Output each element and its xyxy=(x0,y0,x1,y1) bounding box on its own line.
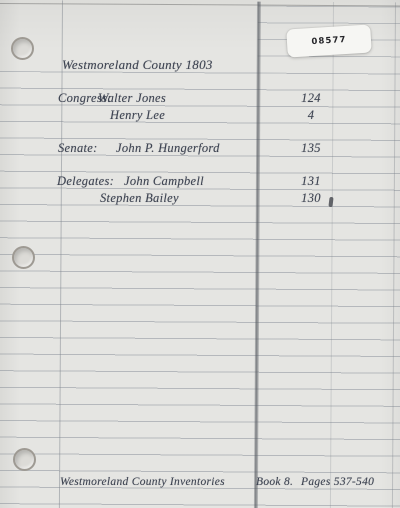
vote-count: 4 xyxy=(292,108,330,123)
left-margin-line xyxy=(59,0,63,508)
candidate-name: John Campbell xyxy=(124,174,204,189)
sheet-top-edge xyxy=(0,3,400,6)
record-row: Senate: John P. Hungerford 135 xyxy=(0,141,400,158)
catalog-number-sticker: 08577 xyxy=(286,24,372,57)
catalog-number: 08577 xyxy=(311,35,347,47)
candidate-name: Henry Lee xyxy=(110,108,165,123)
ruled-lines xyxy=(0,71,400,508)
record-row: Congress: Walter Jones 124 xyxy=(0,91,400,108)
book-reference: Book 8. xyxy=(256,476,293,488)
vote-count: 131 xyxy=(292,174,330,189)
office-label: Senate: xyxy=(58,141,98,156)
column-divider-line xyxy=(254,2,261,508)
source-citation-row: Westmoreland County Inventories Book 8. … xyxy=(0,476,400,493)
vote-count: 130 xyxy=(292,191,330,206)
candidate-name: Walter Jones xyxy=(98,91,166,106)
office-label: Delegates: xyxy=(57,174,114,189)
scanned-ledger-page: 08577 Westmoreland County 1803 Congress:… xyxy=(0,0,400,508)
vote-count: 124 xyxy=(292,91,330,106)
page-reference: Pages 537-540 xyxy=(301,476,374,488)
source-citation: Westmoreland County Inventories xyxy=(60,476,225,488)
candidate-name: Stephen Bailey xyxy=(100,191,179,206)
secondary-column-line xyxy=(330,2,334,508)
record-row: Henry Lee 4 xyxy=(0,108,400,125)
page-title: Westmoreland County 1803 xyxy=(62,57,213,73)
vote-count: 135 xyxy=(292,141,330,156)
punch-hole-middle xyxy=(12,246,35,269)
record-row: Delegates: John Campbell 131 xyxy=(0,174,400,191)
candidate-name: John P. Hungerford xyxy=(116,141,220,156)
ruling-layer xyxy=(0,0,400,508)
page-title-row: Westmoreland County 1803 xyxy=(0,57,400,74)
record-row: Stephen Bailey 130 xyxy=(0,191,400,208)
right-edge-line xyxy=(392,2,396,508)
punch-hole-bottom xyxy=(13,448,36,471)
